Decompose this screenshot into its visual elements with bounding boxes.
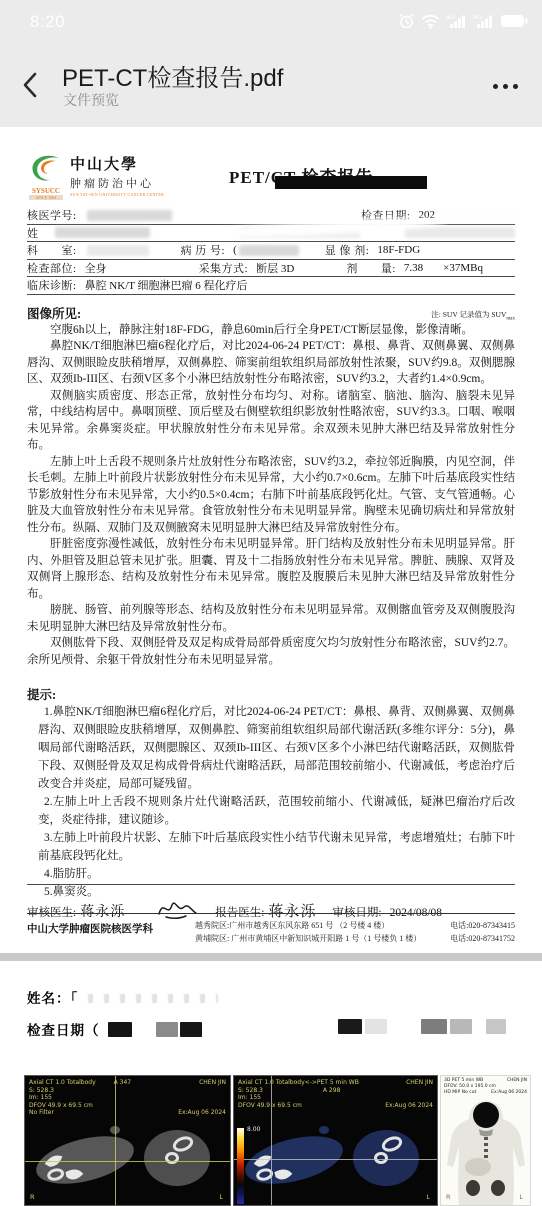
alarm-icon [398, 13, 415, 34]
report-footer: 中山大学肿瘤医院核医学科 越秀院区:广州市越秀区东风东路 651 号 （2 号楼… [27, 913, 515, 945]
footer-phone-1: 电话:020-87343415 [450, 919, 515, 932]
footer-department: 中山大学肿瘤医院核医学科 [27, 919, 195, 945]
patient-fields: 核医学号: 检查日期: 202 姓 科 室: 病 历 号: ( 显 像 剂: 1… [27, 207, 515, 295]
redacted-value [87, 245, 149, 256]
fused-panel-annotations: Axial CT 1.0 Totalbody<->PET 5 min WBCHE… [234, 1076, 437, 1109]
dose-label: 剂 量: [346, 260, 396, 276]
pet-ct-fused-panel: Axial CT 1.0 Totalbody<->PET 5 min WBCHE… [233, 1075, 438, 1206]
redacted-value [87, 210, 172, 221]
page2-name-line: 姓名：「 [27, 987, 218, 1007]
pdf-page-2[interactable]: 姓名：「 检查日期（ Axial CT 1.0 TotalbodyA 347CH… [0, 961, 542, 1206]
redacted-block [365, 1019, 387, 1034]
tips-body: 1.鼻腔NK/T细胞淋巴瘤6程化疗后，对比2024-06-24 PET/CT：鼻… [27, 703, 515, 901]
back-button[interactable] [16, 66, 44, 104]
hospital-name-en: SUN YAT-SEN UNIVERSITY CANCER CENTER [70, 192, 164, 197]
field-row-4: 检查部位: 全身 采集方式: 断层 3D 剂 量: 7.38 ×37MBq [27, 260, 515, 278]
hospital-name-cn: 中山大學 [70, 153, 164, 174]
logo-since: SINCE 1964 [29, 195, 63, 200]
tips-item: 2.左肺上叶上舌段不规则条片灶代谢略活跃，范围较前缩小、代谢减低，疑淋巴瘤治疗后… [27, 793, 515, 829]
signal-4g-icon-1: 4G [446, 13, 467, 34]
mode-label: 采集方式: [199, 260, 249, 276]
orientation-marker-r: R [30, 1193, 35, 1201]
tracer-label: 显 像 剂: [325, 242, 370, 258]
svg-text:4G: 4G [446, 13, 455, 21]
file-subtitle: 文件预览 [63, 90, 119, 110]
findings-paragraph: 肝脏密度弥漫性减低，放射性分布未见明显异常。肝门结构及放射性分布未见明显异常。肝… [27, 536, 515, 602]
footer-address-2: 黄埔院区: 广州市黄埔区中新知识城开阳路 1 号（1 号楼负 1 楼） [195, 932, 442, 945]
ct-slice-image [25, 1110, 230, 1205]
page-divider [0, 953, 542, 961]
findings-paragraph: 双侧脑实质密度、形态正常，放射性分布均匀、对称。诸脑室、脑池、脑沟、脑裂未见异常… [27, 388, 515, 454]
findings-body: 空腹6h以上，静脉注射18F-FDG，静息60min后行全身PET/CT断层显像… [27, 322, 515, 669]
tips-item: 1.鼻腔NK/T细胞淋巴瘤6程化疗后，对比2024-06-24 PET/CT：鼻… [27, 703, 515, 793]
pdf-page-1[interactable]: SYSUCC SINCE 1964 中山大學 肿瘤防治中心 SUN YAT-SE… [0, 127, 542, 953]
redacted-block [450, 1019, 472, 1034]
mip-body-image [441, 1095, 531, 1205]
region-label: 检查部位: [27, 260, 77, 276]
redacted-block [338, 1019, 362, 1034]
tips-label: 提示: [27, 685, 515, 703]
file-title: PET-CT检查报告.pdf [62, 58, 283, 93]
more-menu-button[interactable] [493, 84, 518, 89]
app-header: PET-CT检查报告.pdf 文件预览 [0, 44, 542, 126]
redacted-value [55, 227, 150, 238]
findings-paragraph: 空腹6h以上，静脉注射18F-FDG，静息60min后行全身PET/CT断层显像… [27, 322, 515, 339]
redacted-value [405, 227, 515, 238]
report-header: SYSUCC SINCE 1964 中山大學 肿瘤防治中心 SUN YAT-SE… [27, 151, 515, 207]
status-bar: 8:20 4G 4G [0, 0, 542, 44]
orientation-marker-l: L [426, 1193, 430, 1201]
logo-abbr: SYSUCC [29, 187, 63, 195]
footer-address-1: 越秀院区:广州市越秀区东风东路 651 号 （2 号楼 4 楼） [195, 919, 442, 932]
findings-paragraph: 鼻腔NK/T细胞淋巴瘤6程化疗后，对比2024-06-24 PET/CT：鼻根、… [27, 338, 515, 388]
nm-label: 核医学号: [27, 207, 77, 223]
mip-panel-annotations: 3D PET 5 min WBCHEN JIN DFOV: 50.0 x 195… [441, 1076, 530, 1096]
battery-icon [500, 14, 528, 33]
findings-paragraph: 双侧肱骨下段、双侧胫骨及双足构成骨局部骨质密度欠均匀放射性分布略浓密，SUV约2… [27, 635, 515, 668]
field-row-2: 姓 [27, 225, 515, 243]
redacted-block [156, 1022, 178, 1037]
hospital-dept-cn: 肿瘤防治中心 [70, 175, 164, 191]
suv-colorbar [237, 1128, 244, 1204]
scan-image-strip: Axial CT 1.0 TotalbodyA 347CHEN JIN S: 5… [24, 1075, 531, 1206]
hospital-logo: SYSUCC SINCE 1964 中山大學 肿瘤防治中心 SUN YAT-SE… [29, 153, 164, 200]
dept-label: 科 室: [27, 242, 77, 258]
redacted-value [88, 994, 218, 1003]
svg-text:4G: 4G [473, 13, 482, 21]
mode-value: 断层 3D [256, 260, 294, 276]
suv-colorbar-max: 8.00 [247, 1126, 260, 1133]
findings-paragraph: 左肺上叶上舌段不规则条片灶放射性分布略浓密，SUV约3.2，牵拉邻近胸膜，内见空… [27, 454, 515, 537]
mrn-value: ( [233, 244, 237, 256]
tips-item: 3.左肺上叶前段片状影、左肺下叶后基底段实性小结节代谢未见异常，考虑增殖灶；右肺… [27, 829, 515, 865]
ct-panel-annotations: Axial CT 1.0 TotalbodyA 347CHEN JIN S: 5… [25, 1076, 230, 1117]
ct-axial-panel: Axial CT 1.0 TotalbodyA 347CHEN JIN S: 5… [24, 1075, 231, 1206]
signal-4g-icon-2: 4G [473, 13, 494, 34]
findings-paragraph: 膀胱、肠管、前列腺等形态、结构及放射性分布未见明显异常。双侧髂血管旁及双侧腹股沟… [27, 602, 515, 635]
wifi-icon [421, 14, 440, 34]
orientation-marker-r: R [446, 1193, 451, 1201]
findings-header: 图像所见: 注: SUV 记录值为 SUVmax [27, 304, 515, 322]
pet-mip-panel: 3D PET 5 min WBCHEN JIN DFOV: 50.0 x 195… [440, 1075, 531, 1206]
findings-label: 图像所见: [27, 304, 81, 322]
suv-note: 注: SUV 记录值为 SUVmax [431, 309, 515, 322]
redacted-value [445, 210, 515, 221]
redacted-block [421, 1019, 447, 1034]
redacted-value [239, 245, 299, 256]
logo-swoosh-icon [29, 153, 63, 183]
redacted-block [108, 1022, 132, 1037]
dose-unit: ×37MBq [443, 262, 483, 274]
name-label: 姓 [27, 225, 39, 241]
dx-value: 鼻腔 NK/T 细胞淋巴瘤 6 程化疗后 [85, 277, 248, 293]
page2-date-line: 检查日期（ [27, 1019, 202, 1039]
region-value: 全身 [85, 260, 107, 276]
footer-phone-2: 电话:020-87341752 [450, 932, 515, 945]
page2-date-right [330, 1019, 506, 1034]
redacted-block [180, 1022, 202, 1037]
mrn-label: 病 历 号: [181, 242, 226, 258]
status-icons: 4G 4G [398, 13, 528, 34]
tracer-value: 18F-FDG [377, 244, 420, 256]
orientation-marker-l: L [219, 1193, 223, 1201]
status-time: 8:20 [30, 12, 65, 32]
fused-slice-image [234, 1110, 438, 1205]
dose-value: 7.38 [404, 262, 423, 274]
redacted-block [486, 1019, 506, 1034]
field-row-5: 临床诊断: 鼻腔 NK/T 细胞淋巴瘤 6 程化疗后 [27, 277, 515, 295]
orientation-marker-l: L [519, 1193, 523, 1201]
field-row-3: 科 室: 病 历 号: ( 显 像 剂: 18F-FDG [27, 242, 515, 260]
dx-label: 临床诊断: [27, 277, 77, 293]
redaction-bar [275, 176, 427, 189]
tips-item: 4.脂肪肝。 [27, 865, 515, 883]
